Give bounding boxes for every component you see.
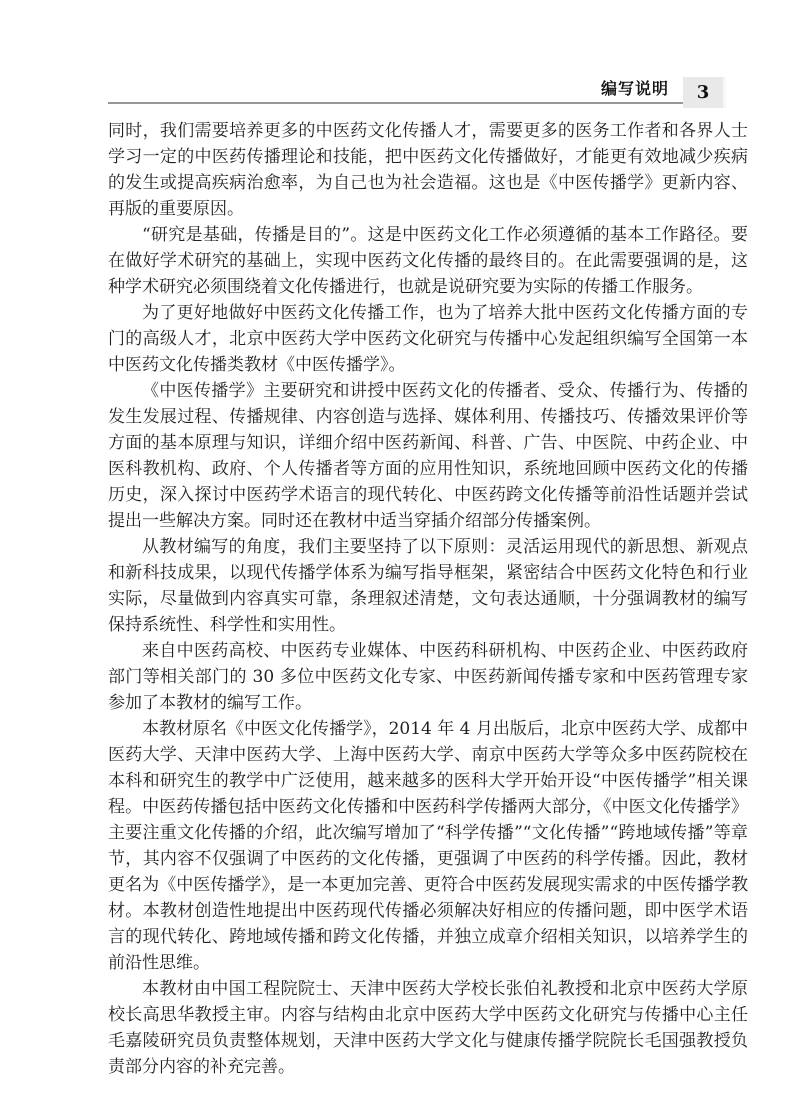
running-header: 编写说明 3 bbox=[108, 72, 726, 108]
body-paragraph: 从教材编写的角度，我们主要坚持了以下原则：灵活运用现代的新思想、新观点和新科技成… bbox=[108, 534, 748, 638]
page-content: 编写说明 3 同时，我们需要培养更多的中医药文化传播人才，需要更多的医务工作者和… bbox=[108, 72, 748, 1080]
body-paragraph: 《中医传播学》主要研究和讲授中医药文化的传播者、受众、传播行为、传播的发生发展过… bbox=[108, 378, 748, 534]
page-number-badge: 3 bbox=[683, 77, 726, 108]
body-paragraph: 为了更好地做好中医药文化传播工作，也为了培养大批中医药文化传播方面的专门的高级人… bbox=[108, 300, 748, 378]
body-paragraph: 本教材原名《中医文化传播学》，2014 年 4 月出版后，北京中医药大学、成都中… bbox=[108, 716, 748, 976]
book-page: { "header": { "section_title": "编写说明", "… bbox=[0, 0, 800, 1114]
header-right-group: 编写说明 3 bbox=[601, 74, 726, 108]
body-text: 同时，我们需要培养更多的中医药文化传播人才，需要更多的医务工作者和各界人士学习一… bbox=[108, 118, 748, 1080]
body-paragraph: 同时，我们需要培养更多的中医药文化传播人才，需要更多的医务工作者和各界人士学习一… bbox=[108, 118, 748, 222]
body-paragraph: “研究是基础，传播是目的”。这是中医药文化工作必须遵循的基本工作路径。要在做好学… bbox=[108, 222, 748, 300]
body-paragraph: 来自中医药高校、中医药专业媒体、中医药科研机构、中医药企业、中医药政府部门等相关… bbox=[108, 638, 748, 716]
body-paragraph: 本教材由中国工程院院士、天津中医药大学校长张伯礼教授和北京中医药大学原校长高思华… bbox=[108, 976, 748, 1080]
section-title: 编写说明 bbox=[601, 74, 669, 104]
